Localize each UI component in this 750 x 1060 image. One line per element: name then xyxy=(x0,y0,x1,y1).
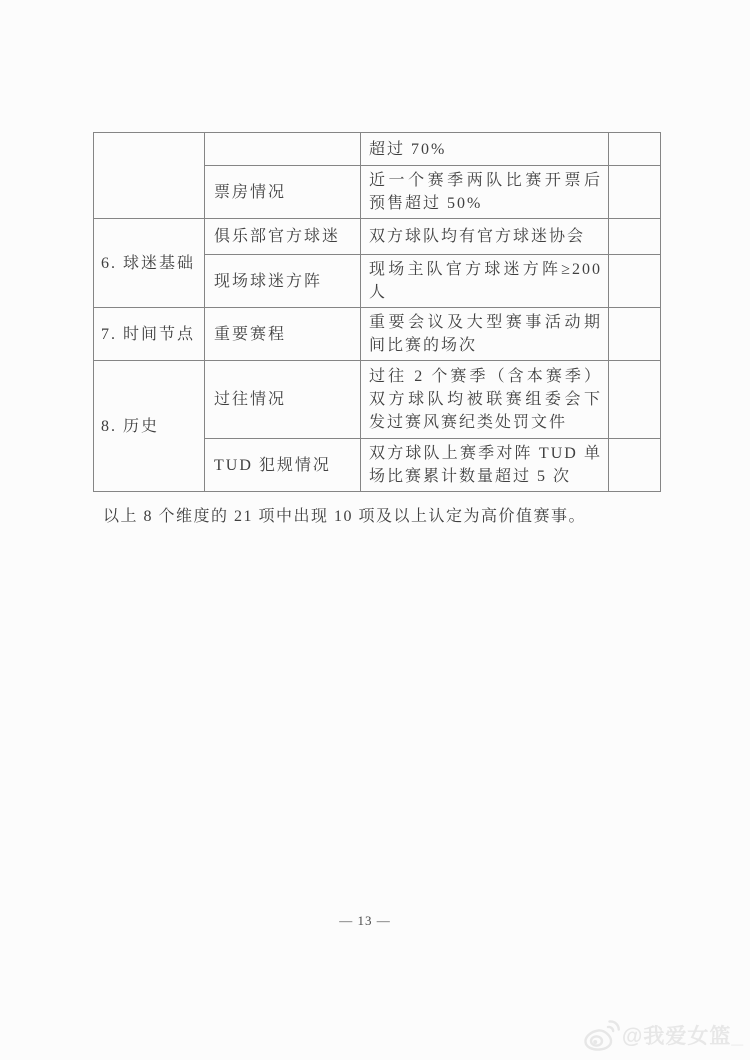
item-cell: 过往情况 xyxy=(205,361,361,439)
dimension-cell: 7. 时间节点 xyxy=(94,308,205,361)
criteria-cell: 重要会议及大型赛事活动期间比赛的场次 xyxy=(361,308,609,361)
criteria-cell: 近一个赛季两队比赛开票后预售超过 50% xyxy=(361,166,609,219)
document-page: 超过 70% 票房情况 近一个赛季两队比赛开票后预售超过 50% 6. 球迷基础… xyxy=(0,0,750,1060)
watermark: @我爱女篮_ xyxy=(582,1018,744,1052)
item-cell: TUD 犯规情况 xyxy=(205,439,361,492)
table-row: 7. 时间节点 重要赛程 重要会议及大型赛事活动期间比赛的场次 xyxy=(94,308,661,361)
check-cell xyxy=(609,166,661,219)
conclusion-paragraph: 以上 8 个维度的 21 项中出现 10 项及以上认定为高价值赛事。 xyxy=(103,505,648,529)
check-cell xyxy=(609,361,661,439)
item-cell xyxy=(205,133,361,166)
dimension-cell: 6. 球迷基础 xyxy=(94,219,205,308)
dimension-cell: 8. 历史 xyxy=(94,361,205,492)
dimension-cell xyxy=(94,133,205,219)
criteria-cell: 现场主队官方球迷方阵≥200 人 xyxy=(361,255,609,308)
table-row: 8. 历史 过往情况 过往 2 个赛季（含本赛季）双方球队均被联赛组委会下发过赛… xyxy=(94,361,661,439)
criteria-cell: 过往 2 个赛季（含本赛季）双方球队均被联赛组委会下发过赛风赛纪类处罚文件 xyxy=(361,361,609,439)
criteria-cell: 双方球队上赛季对阵 TUD 单场比赛累计数量超过 5 次 xyxy=(361,439,609,492)
check-cell xyxy=(609,255,661,308)
item-cell: 现场球迷方阵 xyxy=(205,255,361,308)
criteria-table: 超过 70% 票房情况 近一个赛季两队比赛开票后预售超过 50% 6. 球迷基础… xyxy=(93,132,661,492)
check-cell xyxy=(609,308,661,361)
criteria-cell: 双方球队均有官方球迷协会 xyxy=(361,219,609,255)
check-cell xyxy=(609,219,661,255)
watermark-handle: @我爱女篮_ xyxy=(622,1020,744,1050)
check-cell xyxy=(609,133,661,166)
item-cell: 俱乐部官方球迷 xyxy=(205,219,361,255)
table-row: 超过 70% xyxy=(94,133,661,166)
criteria-cell: 超过 70% xyxy=(361,133,609,166)
check-cell xyxy=(609,439,661,492)
item-cell: 票房情况 xyxy=(205,166,361,219)
table-row: 6. 球迷基础 俱乐部官方球迷 双方球队均有官方球迷协会 xyxy=(94,219,661,255)
weibo-icon xyxy=(582,1018,620,1052)
item-cell: 重要赛程 xyxy=(205,308,361,361)
page-number: — 13 — xyxy=(0,913,730,929)
